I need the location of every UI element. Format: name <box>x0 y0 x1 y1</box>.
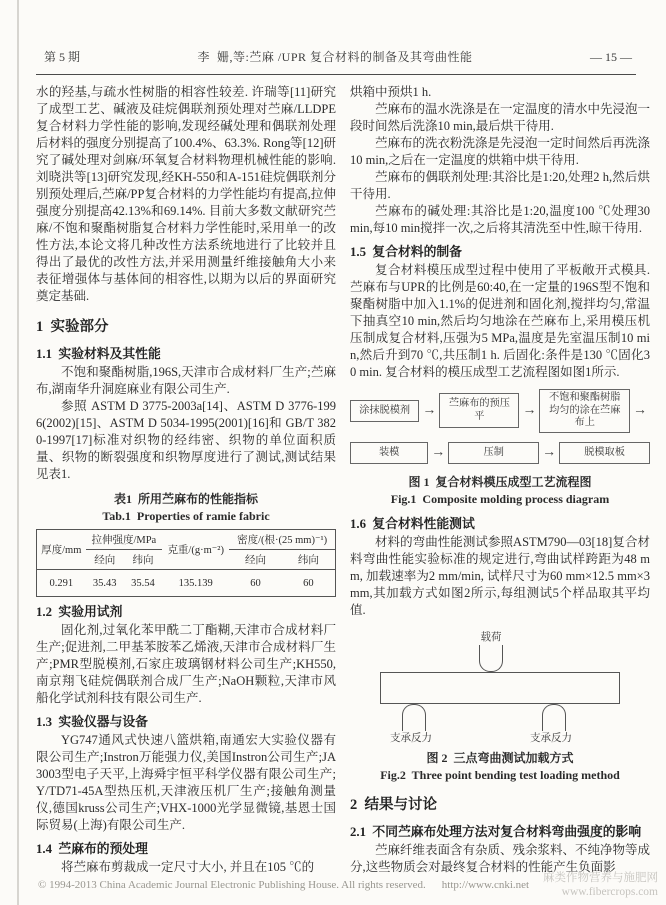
page-header: 第 5 期 李 姗,等:苎麻 /UPR 复合材料的制备及其弯曲性能 — 15 — <box>44 48 632 65</box>
support-right-label: 支承反力 <box>530 730 572 745</box>
flow-row-2: 装模 → 压制 → 脱模取板 <box>350 442 650 465</box>
paragraph-warm-wash: 苎麻布的温水洗涤是在一定温度的清水中先浸泡一段时间然后洗涤10 min,最后烘干… <box>350 101 650 135</box>
table-1-header-tensile: 拉伸强度/MPa <box>86 530 163 550</box>
table-1-header-weft-density: 纬向 <box>282 550 336 570</box>
cell-tensile-warp: 35.43 <box>86 570 124 597</box>
section-1-5-heading: 1.5 复合材料的制备 <box>350 241 650 260</box>
section-1-2-heading: 1.2 实验用试剂 <box>36 601 336 620</box>
section-1-1-heading: 1.1 实验材料及其性能 <box>36 343 336 362</box>
cell-density-weft: 60 <box>282 570 336 597</box>
section-2-1-heading: 2.1 不同苎麻布处理方法对复合材料弯曲强度的影响 <box>350 821 650 840</box>
paragraph-pretreatment: 将苎麻布剪裁成一定尺寸大小, 并且在105 ℃的 <box>36 859 336 876</box>
watermark-site-name: 麻类作物营养与施肥网 <box>543 871 658 885</box>
paragraph-instruments: YG747通风式快速八篮烘箱,南通宏大实验仪器有限公司生产;Instron万能强… <box>36 732 336 834</box>
loading-nose-shape <box>479 645 503 672</box>
page-number: — 15 — <box>590 50 632 65</box>
specimen-beam-shape <box>380 672 620 704</box>
right-column: 烘箱中预烘1 h. 苎麻布的温水洗涤是在一定温度的清水中先浸泡一段时间然后洗涤1… <box>350 84 650 876</box>
flow-arrow-icon: → <box>519 404 539 418</box>
paragraph-detergent-wash: 苎麻布的洗衣粉洗涤是先浸泡一定时间然后再洗涤10 min,之后在一定温度的烘箱中… <box>350 135 650 169</box>
footer: © 1994-2013 China Academic Journal Elect… <box>38 879 529 891</box>
flow-arrow-icon: → <box>428 446 448 460</box>
section-1-4-heading: 1.4 苎麻布的预处理 <box>36 838 336 857</box>
figure-1-caption-en: Fig.1 Composite molding process diagram <box>350 492 650 507</box>
section-1-heading: 1 实验部分 <box>36 315 336 336</box>
figure-1-flow-diagram: 涂抹脱模剂 → 苎麻布的预压平 → 不饱和聚酯树脂均匀的涂在苎麻布上 → 装模 … <box>350 389 650 464</box>
paragraph-preparation: 复合材料模压成型过程中使用了平板敞开式模具. 苎麻布与UPR的比例是60:40,… <box>350 262 650 381</box>
table-1-caption-en: Tab.1 Properties of ramie fabric <box>36 509 336 524</box>
scan-edge-artifact <box>17 0 19 905</box>
cell-density-warp: 60 <box>229 570 282 597</box>
flow-arrow-icon: → <box>630 404 650 418</box>
supports <box>380 704 620 730</box>
table-1-header-warp: 经向 <box>86 550 124 570</box>
flow-box-resin-coating: 不饱和聚酯树脂均匀的涂在苎麻布上 <box>539 389 630 433</box>
paragraph-alkali-treatment: 苎麻布的碱处理:其浴比是1:20,温度100 ℃处理30 min,每10 min… <box>350 203 650 237</box>
flow-arrow-icon: → <box>539 446 559 460</box>
footer-url: http://www.cnki.net <box>442 879 529 891</box>
paragraph-coupling-treatment: 苎麻布的偶联剂处理:其浴比是1:20,处理2 h,然后烘干待用. <box>350 169 650 203</box>
copyright-text: © 1994-2013 China Academic Journal Elect… <box>38 879 426 891</box>
two-column-body: 水的羟基,与疏水性树脂的相容性较差. 许瑞等[11]研究了成型工艺、碱液及硅烷偶… <box>36 84 650 876</box>
flow-box-release-agent: 涂抹脱模剂 <box>350 400 419 423</box>
watermark-site-url: www.fibercrops.com <box>543 885 658 899</box>
section-1-3-heading: 1.3 实验仪器与设备 <box>36 711 336 730</box>
flow-box-demolding: 脱模取板 <box>559 442 650 465</box>
cell-weight: 135.139 <box>162 570 229 597</box>
section-2-heading: 2 结果与讨论 <box>350 793 650 814</box>
paragraph-standards: 参照 ASTM D 3775-2003a[14]、ASTM D 3776-199… <box>36 398 336 483</box>
watermark: 麻类作物营养与施肥网 www.fibercrops.com <box>543 871 658 899</box>
table-1-header-warp-density: 经向 <box>229 550 282 570</box>
table-1-caption-zh: 表1 所用苎麻布的性能指标 <box>36 490 336 507</box>
figure-1-caption-zh: 图 1 复合材料模压成型工艺流程图 <box>350 473 650 490</box>
table-1: 厚度/mm 拉伸强度/MPa 克重/(g·m⁻²) 密度/(根·(25 mm)⁻… <box>36 529 336 597</box>
paragraph-intro: 水的羟基,与疏水性树脂的相容性较差. 许瑞等[11]研究了成型工艺、碱液及硅烷偶… <box>36 84 336 305</box>
table-row: 0.291 35.43 35.54 135.139 60 60 <box>37 570 336 597</box>
cell-tensile-weft: 35.54 <box>124 570 162 597</box>
figure-2-caption-zh: 图 2 三点弯曲测试加载方式 <box>350 749 650 766</box>
running-title: 李 姗,等:苎麻 /UPR 复合材料的制备及其弯曲性能 <box>198 48 473 65</box>
flow-arrow-icon: → <box>419 404 439 418</box>
table-1-header-thickness: 厚度/mm <box>37 530 86 570</box>
support-labels: 支承反力 支承反力 <box>380 730 620 745</box>
support-left-shape <box>402 704 426 731</box>
section-1-6-heading: 1.6 复合材料性能测试 <box>350 513 650 532</box>
paragraph-reagents: 固化剂,过氧化苯甲酰二丁酯糊,天津市合成材料厂生产;促进剂,二甲基苯胺苯乙烯液,… <box>36 622 336 707</box>
paragraph-prebake-cont: 烘箱中预烘1 h. <box>350 84 650 101</box>
left-column: 水的羟基,与疏水性树脂的相容性较差. 许瑞等[11]研究了成型工艺、碱液及硅烷偶… <box>36 84 336 876</box>
header-rule <box>36 74 636 75</box>
table-1-header-density: 密度/(根·(25 mm)⁻¹) <box>229 530 335 550</box>
table-1-header-weight: 克重/(g·m⁻²) <box>162 530 229 570</box>
flow-box-pressing: 压制 <box>448 442 539 465</box>
support-left-label: 支承反力 <box>390 730 432 745</box>
support-right-shape <box>542 704 566 731</box>
issue-label: 第 5 期 <box>44 48 80 65</box>
cell-thickness: 0.291 <box>37 570 86 597</box>
flow-box-mold-loading: 装模 <box>350 442 428 465</box>
flow-box-preflatten: 苎麻布的预压平 <box>439 393 519 428</box>
paragraph-testing: 材料的弯曲性能测试参照ASTM790—03[18]复合材料弯曲性能实验标准的规定… <box>350 534 650 619</box>
figure-2-caption-en: Fig.2 Three point bending test loading m… <box>350 768 650 783</box>
figure-2-bending-diagram: 载荷 支承反力 支承反力 <box>380 629 620 745</box>
journal-page: 第 5 期 李 姗,等:苎麻 /UPR 复合材料的制备及其弯曲性能 — 15 —… <box>0 0 666 905</box>
table-1-header-weft: 纬向 <box>124 550 162 570</box>
load-label: 载荷 <box>371 629 611 644</box>
flow-row-1: 涂抹脱模剂 → 苎麻布的预压平 → 不饱和聚酯树脂均匀的涂在苎麻布上 → <box>350 389 650 433</box>
paragraph-materials: 不饱和聚酯树脂,196S,天津市合成材料厂生产;苎麻布,湖南华升洞庭麻业有限公司… <box>36 364 336 398</box>
